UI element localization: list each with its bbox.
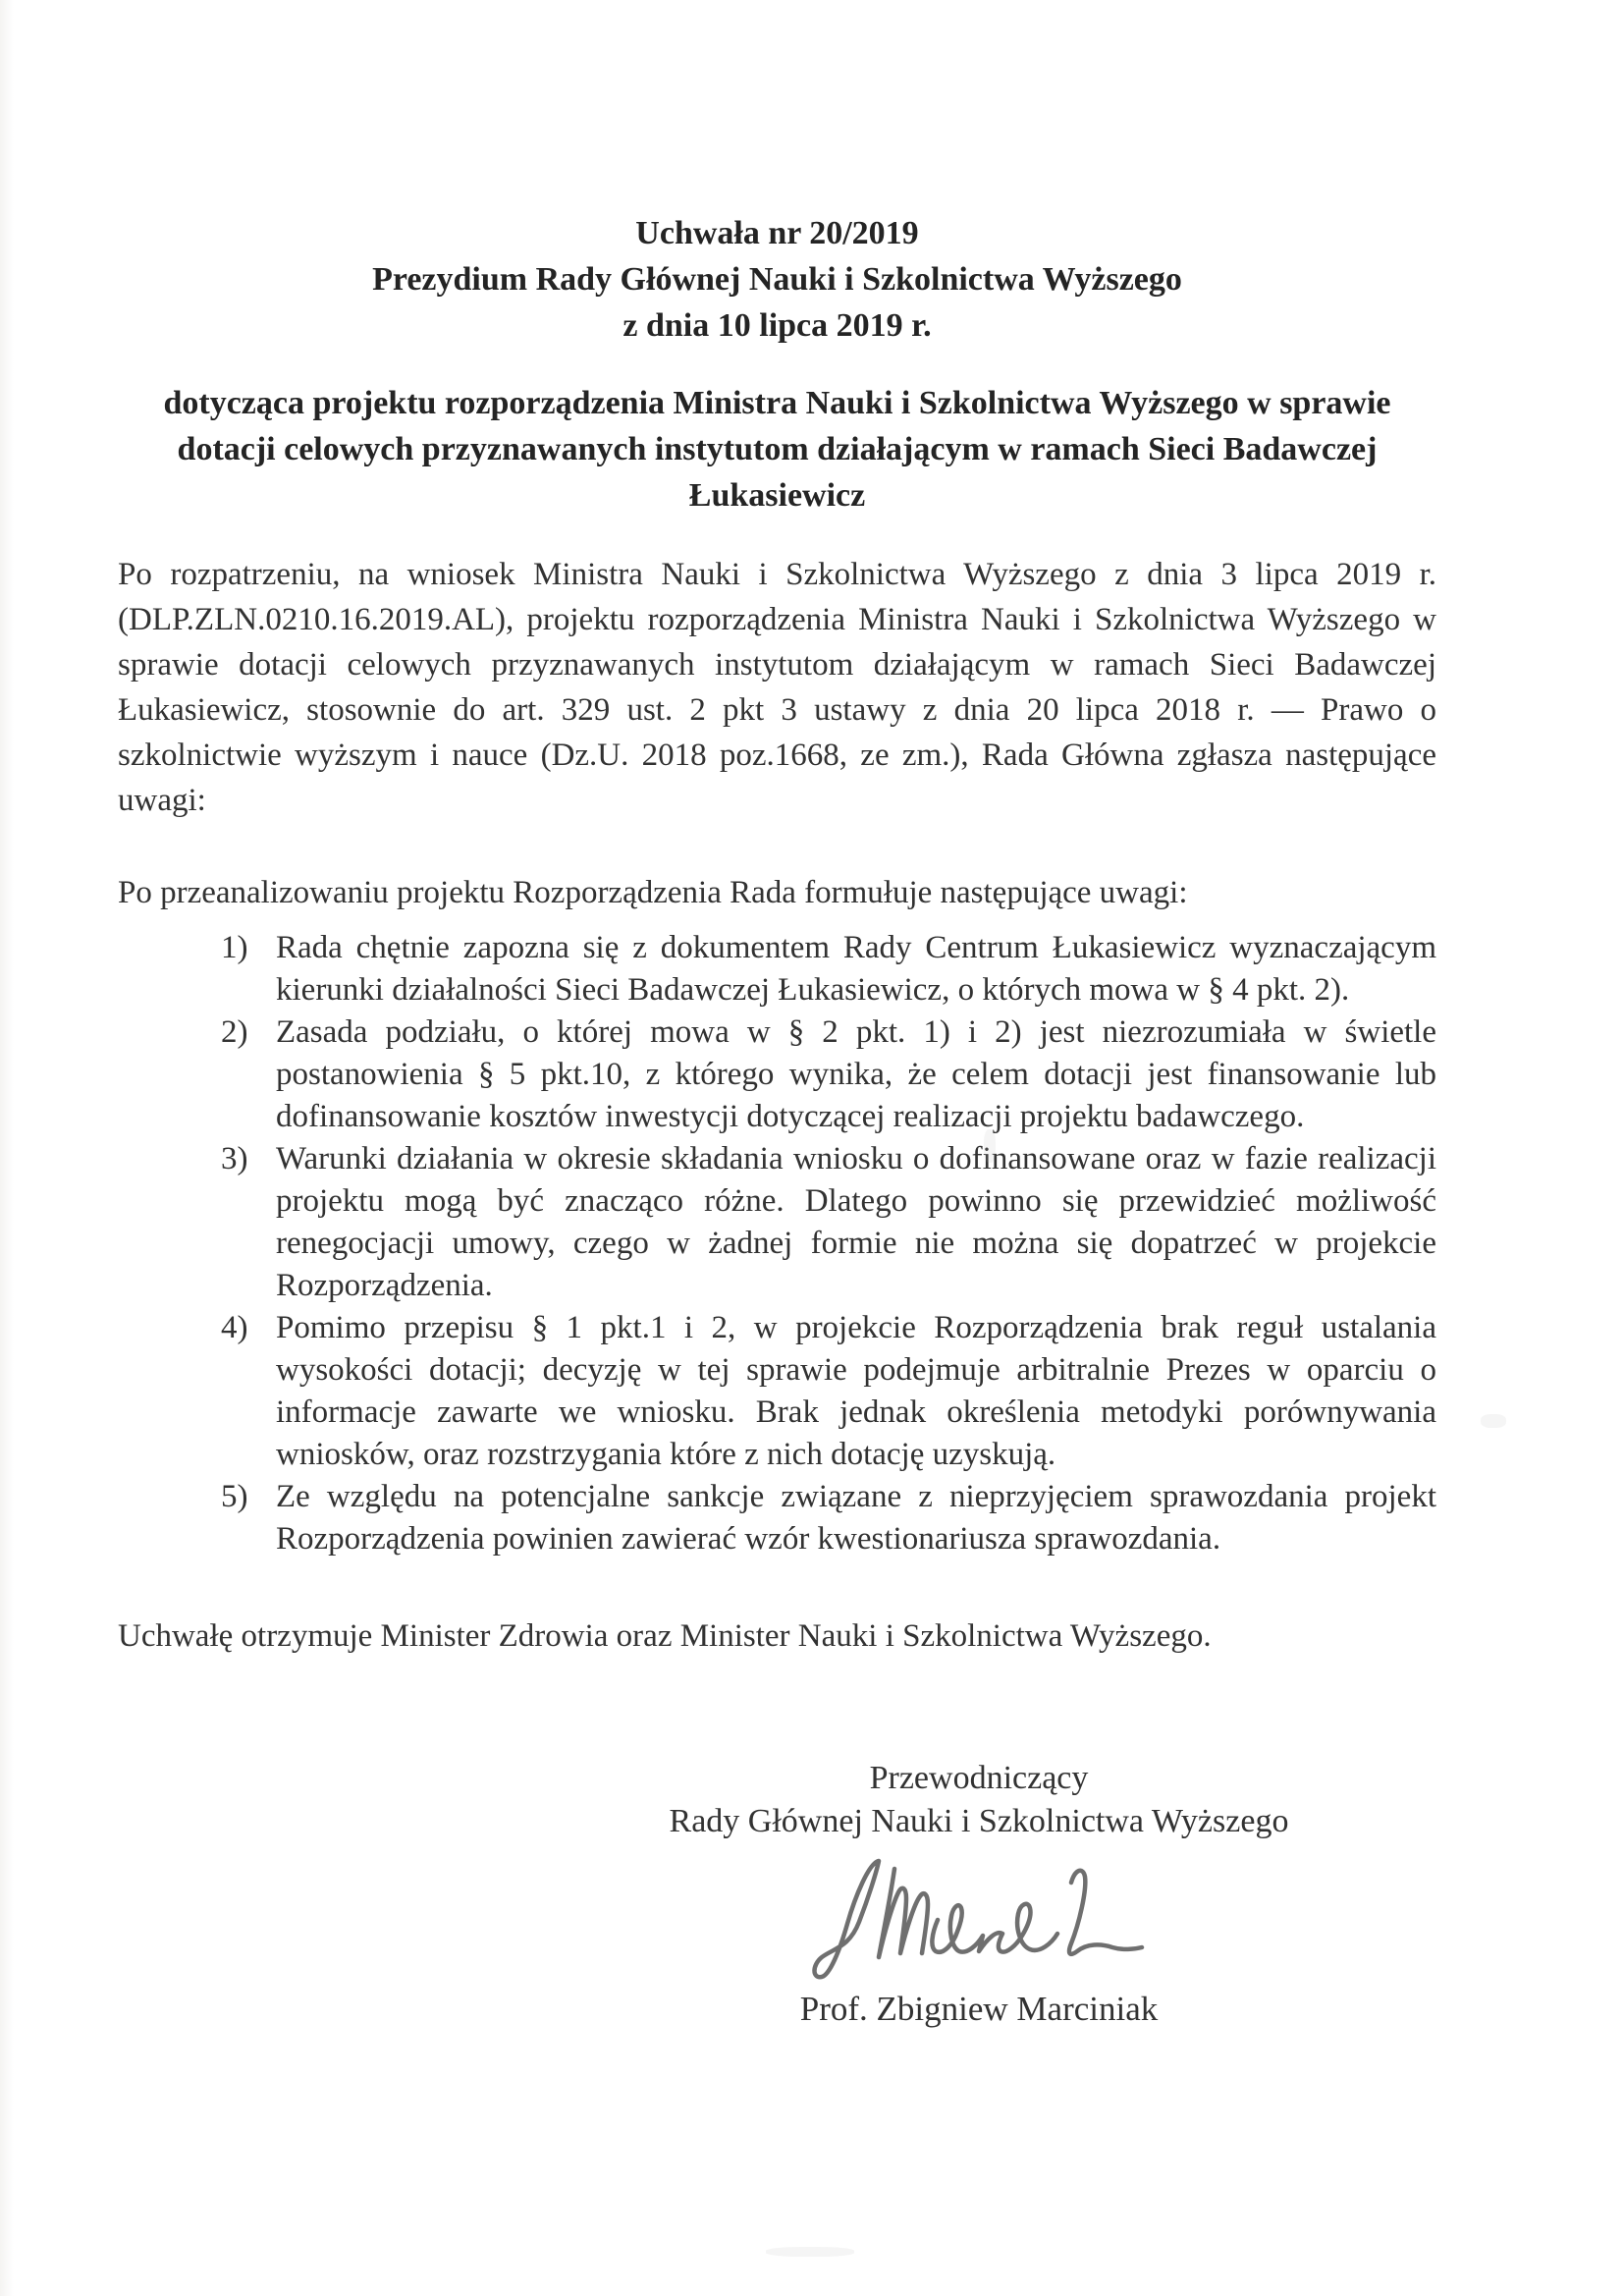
signatory-name: Prof. Zbigniew Marciniak	[635, 1988, 1323, 2031]
subject-line-2: dotacji celowych przyznawanych instytuto…	[118, 426, 1436, 472]
list-item-text: Warunki działania w okresie składania wn…	[276, 1138, 1436, 1307]
list-item-text: Pomimo przepisu § 1 pkt.1 i 2, w projekc…	[276, 1307, 1436, 1476]
resolution-issuer: Prezydium Rady Głównej Nauki i Szkolnict…	[118, 256, 1436, 302]
remarks-intro-paragraph: Po przeanalizowaniu projektu Rozporządze…	[118, 870, 1436, 915]
document-content: Uchwała nr 20/2019 Prezydium Rady Główne…	[0, 0, 1623, 2031]
remarks-list: 1) Rada chętnie zapozna się z dokumentem…	[118, 927, 1436, 1560]
list-item-text: Rada chętnie zapozna się z dokumentem Ra…	[276, 927, 1436, 1011]
closing-line: Uchwałę otrzymuje Minister Zdrowia oraz …	[118, 1613, 1436, 1659]
list-item-number: 3)	[221, 1138, 276, 1180]
list-item: 3) Warunki działania w okresie składania…	[221, 1138, 1436, 1307]
resolution-date: z dnia 10 lipca 2019 r.	[118, 302, 1436, 349]
resolution-subject: dotycząca projektu rozporządzenia Minist…	[118, 380, 1436, 519]
list-item-text: Zasada podziału, o której mowa w § 2 pkt…	[276, 1011, 1436, 1138]
list-item-number: 5)	[221, 1476, 276, 1518]
handwritten-signature-icon	[810, 1853, 1149, 1986]
resolution-number: Uchwała nr 20/2019	[118, 210, 1436, 256]
signatory-role-line-2: Rady Głównej Nauki i Szkolnictwa Wyższeg…	[635, 1800, 1323, 1843]
resolution-title-block: Uchwała nr 20/2019 Prezydium Rady Główne…	[118, 0, 1436, 349]
subject-line-1: dotycząca projektu rozporządzenia Minist…	[118, 380, 1436, 426]
subject-line-3: Łukasiewicz	[118, 472, 1436, 519]
list-item: 4) Pomimo przepisu § 1 pkt.1 i 2, w proj…	[221, 1307, 1436, 1476]
list-item: 1) Rada chętnie zapozna się z dokumentem…	[221, 927, 1436, 1011]
list-item-text: Ze względu na potencjalne sankcje związa…	[276, 1476, 1436, 1560]
list-item-number: 1)	[221, 927, 276, 969]
list-item: 2) Zasada podziału, o której mowa w § 2 …	[221, 1011, 1436, 1138]
list-item: 5) Ze względu na potencjalne sankcje zwi…	[221, 1476, 1436, 1560]
list-item-number: 2)	[221, 1011, 276, 1054]
document-page: Uchwała nr 20/2019 Prezydium Rady Główne…	[0, 0, 1623, 2296]
signatory-role-line-1: Przewodniczący	[635, 1757, 1323, 1800]
intro-paragraph: Po rozpatrzeniu, na wniosek Ministra Nau…	[118, 552, 1436, 823]
scan-artifact	[766, 2247, 854, 2257]
signature-block: Przewodniczący Rady Głównej Nauki i Szko…	[635, 1757, 1323, 2031]
list-item-number: 4)	[221, 1307, 276, 1349]
